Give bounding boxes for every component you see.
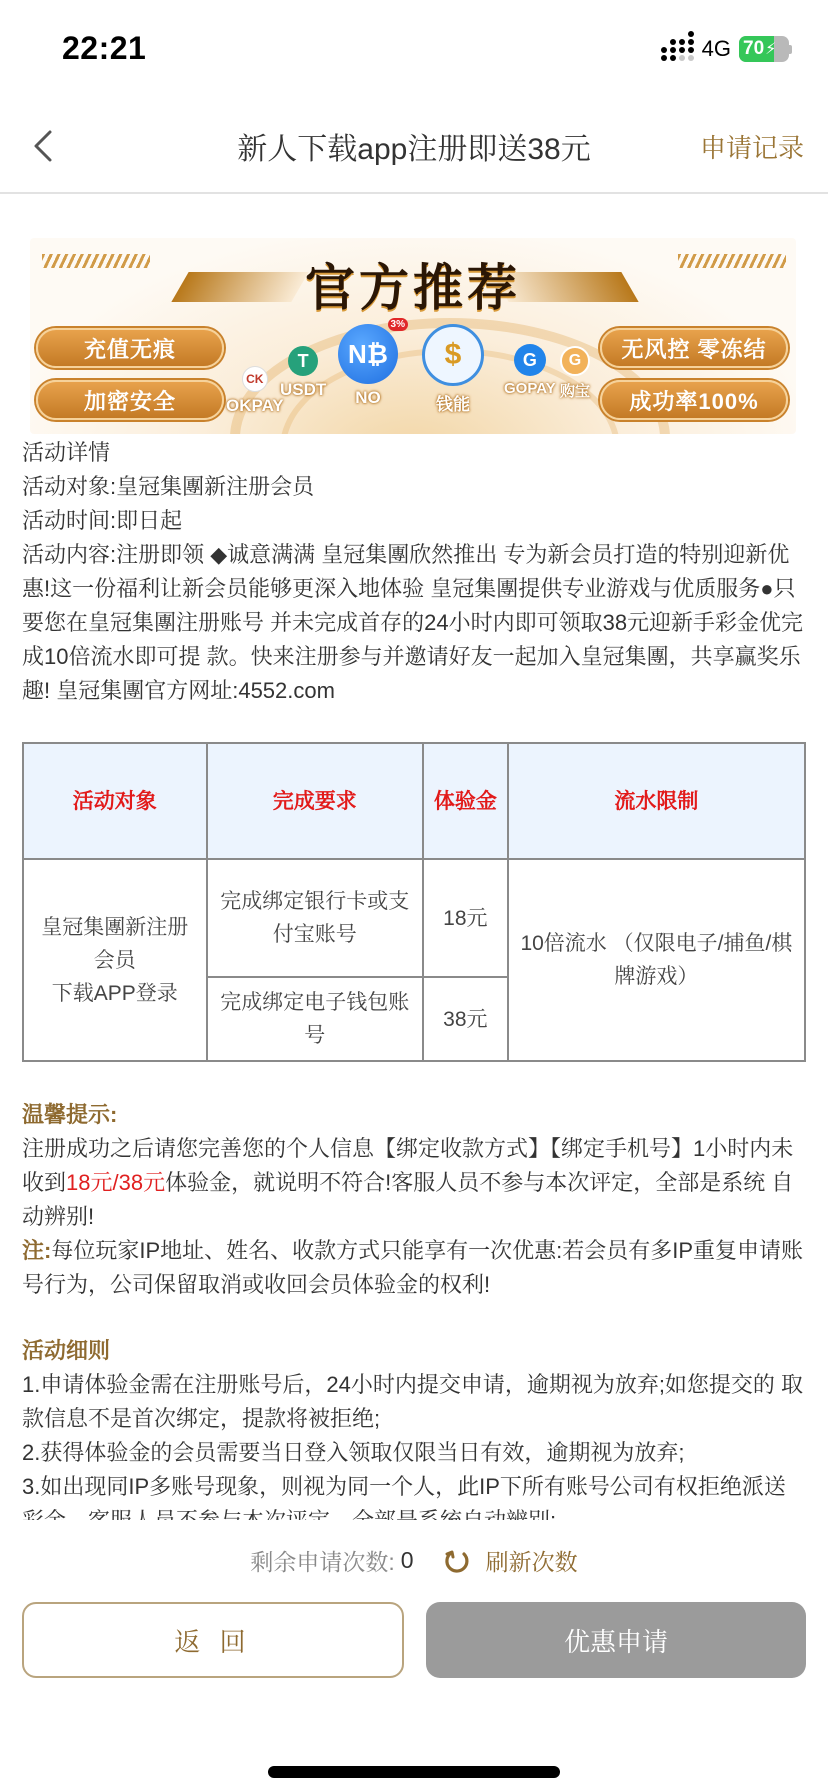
dollar-icon: $ xyxy=(422,324,484,386)
refresh-count-link[interactable]: 刷新次数 xyxy=(486,1544,578,1577)
note-label: 注: xyxy=(22,1238,51,1263)
amount-cell: 18元 xyxy=(423,859,508,977)
payment-okpay: CK OKPAY xyxy=(226,366,284,416)
turnover-cell: 10倍流水 （仅限电子/捕鱼/棋牌游戏） xyxy=(508,859,805,1061)
rules-section: 活动细则 1.申请体验金需在注册账号后，24小时内提交申请，逾期视为放弃;如您提… xyxy=(22,1334,806,1520)
network-type: 4G xyxy=(702,36,731,62)
refresh-icon[interactable] xyxy=(442,1546,472,1576)
rule-item: 3.如出现同IP多账号现象，则视为同一个人，此IP下所有账号公司有权拒绝派送 彩… xyxy=(22,1470,806,1520)
status-time: 22:21 xyxy=(62,30,146,67)
details-time: 活动时间:即日起 xyxy=(22,504,806,538)
apply-record-link[interactable]: 申请记录 xyxy=(700,128,804,165)
col-header-requirement: 完成要求 xyxy=(207,743,423,859)
usdt-icon: T xyxy=(288,346,318,376)
col-header-target: 活动对象 xyxy=(23,743,207,859)
tips-heading: 温馨提示: xyxy=(22,1098,806,1132)
battery-level: 70 xyxy=(739,38,764,60)
banner-title: 官方推荐 xyxy=(30,248,796,320)
rule-item: 1.申请体验金需在注册账号后，24小时内提交申请，逾期视为放弃;如您提交的 取款… xyxy=(22,1368,806,1436)
target-cell: 皇冠集團新注册 会员 下载APP登录 xyxy=(23,859,207,1061)
signal-icon xyxy=(661,37,694,61)
activity-details: 活动详情 活动对象:皇冠集團新注册会员 活动时间:即日起 活动内容:注册即领 ◆… xyxy=(22,436,806,708)
remaining-value: 0 xyxy=(401,1547,414,1574)
banner-pill: 加密安全 xyxy=(36,380,224,420)
requirement-cell: 完成绑定电子钱包账号 xyxy=(207,977,423,1061)
apply-bonus-button[interactable]: 优惠申请 xyxy=(426,1602,806,1678)
table-header-row: 活动对象 完成要求 体验金 流水限制 xyxy=(23,743,805,859)
gopay-icon: G xyxy=(514,344,546,376)
goubao-icon: G xyxy=(560,346,590,376)
payment-gopay: G GOPAY xyxy=(504,344,556,397)
okpay-icon: CK xyxy=(242,366,268,392)
details-content: 活动内容:注册即领 ◆诚意满满 皇冠集團欣然推出 专为新会员打造的特别迎新优惠!… xyxy=(22,538,806,708)
payment-qianneng: $ 钱能 xyxy=(422,324,484,415)
bonus-badge: 3% xyxy=(388,318,408,331)
amount-cell: 38元 xyxy=(423,977,508,1061)
no-wallet-icon: N₿ xyxy=(338,324,398,384)
table-row: 皇冠集團新注册 会员 下载APP登录 完成绑定银行卡或支付宝账号 18元 10倍… xyxy=(23,859,805,977)
battery-charging-icon: 70 ⚡ xyxy=(739,36,789,62)
tips-note: 注:每位玩家IP地址、姓名、收款方式只能享有一次优惠:若会员有多IP重复申请账号… xyxy=(22,1234,806,1302)
details-target: 活动对象:皇冠集團新注册会员 xyxy=(22,470,806,504)
promo-banner: 官方推荐 充值无痕 加密安全 无风控 零冻结 成功率100% CK OKPAY … xyxy=(30,238,796,434)
home-indicator xyxy=(268,1766,560,1778)
return-button[interactable]: 返 回 xyxy=(22,1602,404,1678)
remaining-label: 剩余申请次数: xyxy=(250,1544,394,1577)
tips-text: 注册成功之后请您完善您的个人信息【绑定收款方式】【绑定手机号】1小时内未收到18… xyxy=(22,1132,806,1234)
rule-item: 2.获得体验金的会员需要当日登入领取仅限当日有效，逾期视为放弃; xyxy=(22,1436,806,1470)
tips-section: 温馨提示: 注册成功之后请您完善您的个人信息【绑定收款方式】【绑定手机号】1小时… xyxy=(22,1098,806,1302)
bonus-amount-highlight: 18元/38元 xyxy=(66,1170,165,1195)
details-heading: 活动详情 xyxy=(22,436,806,470)
remaining-count: 剩余申请次数: 0 刷新次数 xyxy=(0,1544,828,1577)
col-header-turnover: 流水限制 xyxy=(508,743,805,859)
banner-pill: 成功率100% xyxy=(600,380,788,420)
status-bar: 22:21 4G 70 ⚡ xyxy=(0,0,828,100)
bonus-table: 活动对象 完成要求 体验金 流水限制 皇冠集團新注册 会员 下载APP登录 完成… xyxy=(22,742,806,1062)
col-header-amount: 体验金 xyxy=(423,743,508,859)
payment-usdt: T USDT xyxy=(280,346,326,400)
nav-bar: 新人下载app注册即送38元 申请记录 xyxy=(0,100,828,194)
banner-pill: 无风控 零冻结 xyxy=(600,328,788,368)
requirement-cell: 完成绑定银行卡或支付宝账号 xyxy=(207,859,423,977)
payment-no: N₿ 3% NO xyxy=(338,324,398,408)
banner-pill: 充值无痕 xyxy=(36,328,224,368)
payment-goubao: G 购宝 xyxy=(560,346,590,401)
status-icons: 4G 70 ⚡ xyxy=(661,36,792,62)
rules-heading: 活动细则 xyxy=(22,1334,806,1368)
